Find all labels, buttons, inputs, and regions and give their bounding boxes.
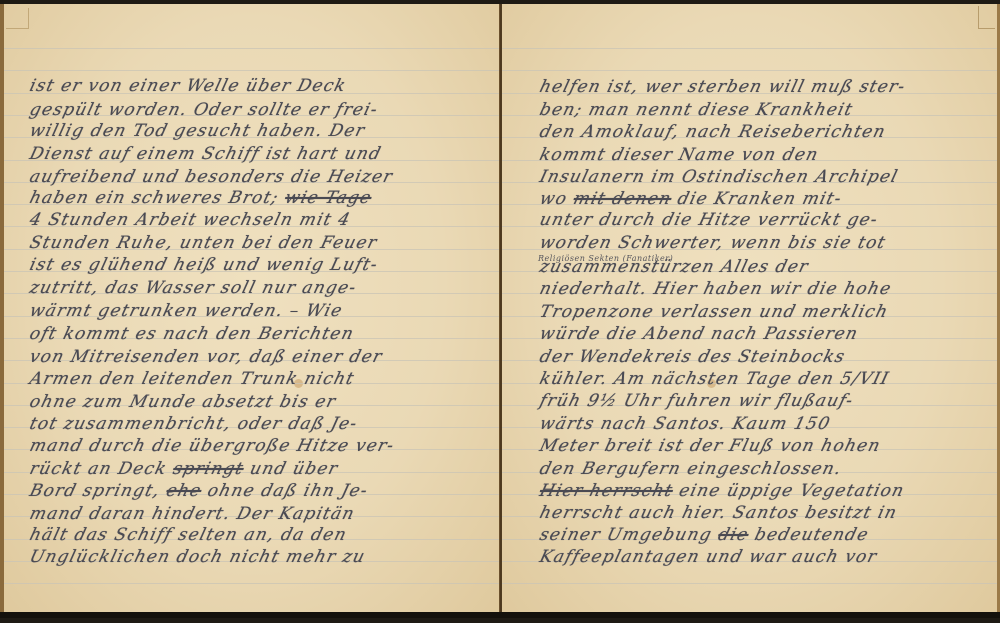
line-text: helfen ist, wer sterben will muß ster-	[538, 77, 908, 97]
handwritten-line: ist er von einer Welle über Deck	[28, 76, 349, 96]
handwritten-line: Meter breit ist der Fluß von hohen	[538, 436, 884, 456]
corner-fold	[978, 6, 995, 29]
handwritten-line: den Amoklauf, nach Reiseberichten	[538, 122, 889, 142]
handwritten-line: Insulanern im Ostindischen Archipel	[538, 167, 901, 187]
line-text: haben ein schweres Brot;	[28, 188, 282, 208]
handwritten-line: ohne zum Munde absetzt bis er	[28, 392, 339, 412]
line-text-continued: ohne daß ihn Je-	[205, 481, 370, 501]
crossed-out-word: Hier herrscht	[538, 481, 676, 501]
ruled-line	[502, 583, 997, 584]
handwritten-line: haben ein schweres Brot; wie Tage	[28, 188, 374, 208]
handwritten-line: tot zusammenbricht, oder daß Je-	[28, 414, 360, 434]
line-text: Dienst auf einem Schiff ist hart und	[28, 144, 384, 164]
handwritten-line: wo mit denen die Kranken mit-	[538, 189, 845, 209]
ruled-line	[502, 48, 997, 49]
line-text: mand daran hindert. Der Kapitän	[28, 504, 358, 524]
handwritten-line: Armen den leitenden Trunk nicht	[28, 369, 357, 389]
handwritten-line: hält das Schiff selten an, da den	[28, 525, 350, 545]
line-text: ben; man nennt diese Krankheit	[538, 100, 856, 120]
line-text: Tropenzone verlassen und merklich	[538, 302, 891, 322]
handwritten-line: niederhalt. Hier haben wir die hohe	[538, 279, 894, 299]
handwritten-line: der Wendekreis des Steinbocks	[538, 347, 848, 367]
handwritten-line: kommt dieser Name von den	[538, 145, 821, 165]
line-text: wärmt getrunken werden. – Wie	[28, 301, 345, 321]
handwritten-line: Stunden Ruhe, unten bei den Feuer	[28, 233, 380, 253]
line-text: kommt dieser Name von den	[538, 145, 821, 165]
line-text: oft kommt es nach den Berichten	[28, 324, 357, 344]
line-text: kühler. Am nächsten Tage den 5/VII	[538, 369, 892, 389]
line-text: rückt an Deck	[28, 459, 170, 479]
line-text: aufreibend und besonders die Heizer	[28, 167, 396, 187]
handwritten-line: Kaffeeplantagen und war auch vor	[538, 547, 880, 567]
line-text: ist er von einer Welle über Deck	[28, 76, 349, 96]
line-text: seiner Umgebung	[538, 525, 715, 545]
line-text: der Wendekreis des Steinbocks	[538, 347, 848, 367]
line-text: zutritt, das Wasser soll nur ange-	[28, 278, 359, 298]
line-text: Unglücklichen doch nicht mehr zu	[28, 547, 368, 567]
handwritten-line: Unglücklichen doch nicht mehr zu	[28, 547, 368, 567]
crossed-out-word: wie Tage	[283, 188, 374, 208]
line-text: hält das Schiff selten an, da den	[28, 525, 350, 545]
handwritten-line: früh 9½ Uhr fuhren wir flußauf-	[538, 391, 856, 411]
line-text: Stunden Ruhe, unten bei den Feuer	[28, 233, 380, 253]
line-text: herrscht auch hier. Santos besitzt in	[538, 503, 900, 523]
line-text-continued: und über	[248, 459, 341, 479]
handwritten-line: ben; man nennt diese Krankheit	[538, 100, 856, 120]
line-text: wärts nach Santos. Kaum 150	[538, 414, 833, 434]
line-text: den Bergufern eingeschlossen.	[538, 459, 845, 479]
handwritten-line: kühler. Am nächsten Tage den 5/VII	[538, 369, 892, 389]
line-text: Bord springt,	[28, 481, 163, 501]
line-text: gespült worden. Oder sollte er frei-	[28, 100, 381, 120]
handwritten-line: wärts nach Santos. Kaum 150	[538, 414, 833, 434]
line-text: den Amoklauf, nach Reiseberichten	[538, 122, 889, 142]
crossed-out-word: springt	[171, 459, 246, 479]
handwritten-line: aufreibend und besonders die Heizer	[28, 167, 396, 187]
handwritten-line: willig den Tod gesucht haben. Der	[28, 121, 368, 141]
line-text: unter durch die Hitze verrückt ge-	[538, 210, 881, 230]
handwritten-line: unter durch die Hitze verrückt ge-	[538, 210, 881, 230]
handwritten-line: herrscht auch hier. Santos besitzt in	[538, 503, 900, 523]
right-page: helfen ist, wer sterben will muß ster-be…	[502, 4, 1000, 618]
line-text-continued: eine üppige Vegetation	[677, 481, 907, 501]
line-text: von Mitreisenden vor, daß einer der	[28, 347, 385, 367]
handwritten-line: ist es glühend heiß und wenig Luft-	[28, 255, 381, 275]
margin-annotation: Religiösen Sekten (Fanatiker)	[538, 254, 673, 263]
line-text: Kaffeeplantagen und war auch vor	[538, 547, 880, 567]
ruled-line	[4, 48, 500, 49]
handwritten-line: mand daran hindert. Der Kapitän	[28, 504, 358, 524]
line-text: würde die Abend nach Passieren	[538, 324, 861, 344]
line-text: tot zusammenbricht, oder daß Je-	[28, 414, 360, 434]
line-text-continued: die Kranken mit-	[675, 189, 844, 209]
ruled-line	[4, 583, 500, 584]
bottom-edge	[0, 612, 1000, 618]
corner-crease	[6, 8, 29, 29]
line-text: wo	[538, 189, 570, 209]
line-text: mand durch die übergroße Hitze ver-	[28, 436, 397, 456]
handwritten-line: worden Schwerter, wenn bis sie tot	[538, 233, 889, 253]
line-text: Meter breit ist der Fluß von hohen	[538, 436, 884, 456]
line-text: 4 Stunden Arbeit wechseln mit 4	[28, 210, 353, 230]
crossed-out-word: mit denen	[571, 189, 673, 209]
ruled-line	[502, 70, 997, 71]
handwritten-line: den Bergufern eingeschlossen.	[538, 459, 845, 479]
handwritten-line: Dienst auf einem Schiff ist hart und	[28, 144, 384, 164]
handwritten-line: oft kommt es nach den Berichten	[28, 324, 357, 344]
handwritten-line: würde die Abend nach Passieren	[538, 324, 861, 344]
handwritten-line: mand durch die übergroße Hitze ver-	[28, 436, 397, 456]
handwritten-line: von Mitreisenden vor, daß einer der	[28, 347, 385, 367]
line-text: Armen den leitenden Trunk nicht	[28, 369, 357, 389]
crossed-out-word: die	[716, 525, 751, 545]
line-text: früh 9½ Uhr fuhren wir flußauf-	[538, 391, 856, 411]
left-page: ist er von einer Welle über Deckgespült …	[0, 4, 500, 618]
handwritten-line: Bord springt, ehe ohne daß ihn Je-	[28, 481, 371, 501]
handwritten-line: helfen ist, wer sterben will muß ster-	[538, 77, 908, 97]
handwritten-line: zutritt, das Wasser soll nur ange-	[28, 278, 359, 298]
handwritten-line: gespült worden. Oder sollte er frei-	[28, 100, 381, 120]
line-text-continued: bedeutende	[753, 525, 872, 545]
handwritten-line: 4 Stunden Arbeit wechseln mit 4	[28, 210, 353, 230]
handwritten-line: seiner Umgebung die bedeutende	[538, 525, 872, 545]
line-text: worden Schwerter, wenn bis sie tot	[538, 233, 889, 253]
handwritten-line: wärmt getrunken werden. – Wie	[28, 301, 345, 321]
line-text: ist es glühend heiß und wenig Luft-	[28, 255, 381, 275]
handwritten-line: Hier herrscht eine üppige Vegetation	[538, 481, 907, 501]
line-text: niederhalt. Hier haben wir die hohe	[538, 279, 894, 299]
line-text: willig den Tod gesucht haben. Der	[28, 121, 368, 141]
line-text: Insulanern im Ostindischen Archipel	[538, 167, 901, 187]
crossed-out-word: ehe	[164, 481, 204, 501]
handwritten-line: Tropenzone verlassen und merklich	[538, 302, 891, 322]
line-text: ohne zum Munde absetzt bis er	[28, 392, 339, 412]
ruled-line	[4, 70, 500, 71]
notebook-spread: ist er von einer Welle über Deckgespült …	[0, 4, 1000, 618]
handwritten-line: rückt an Deck springt und über	[28, 459, 341, 479]
